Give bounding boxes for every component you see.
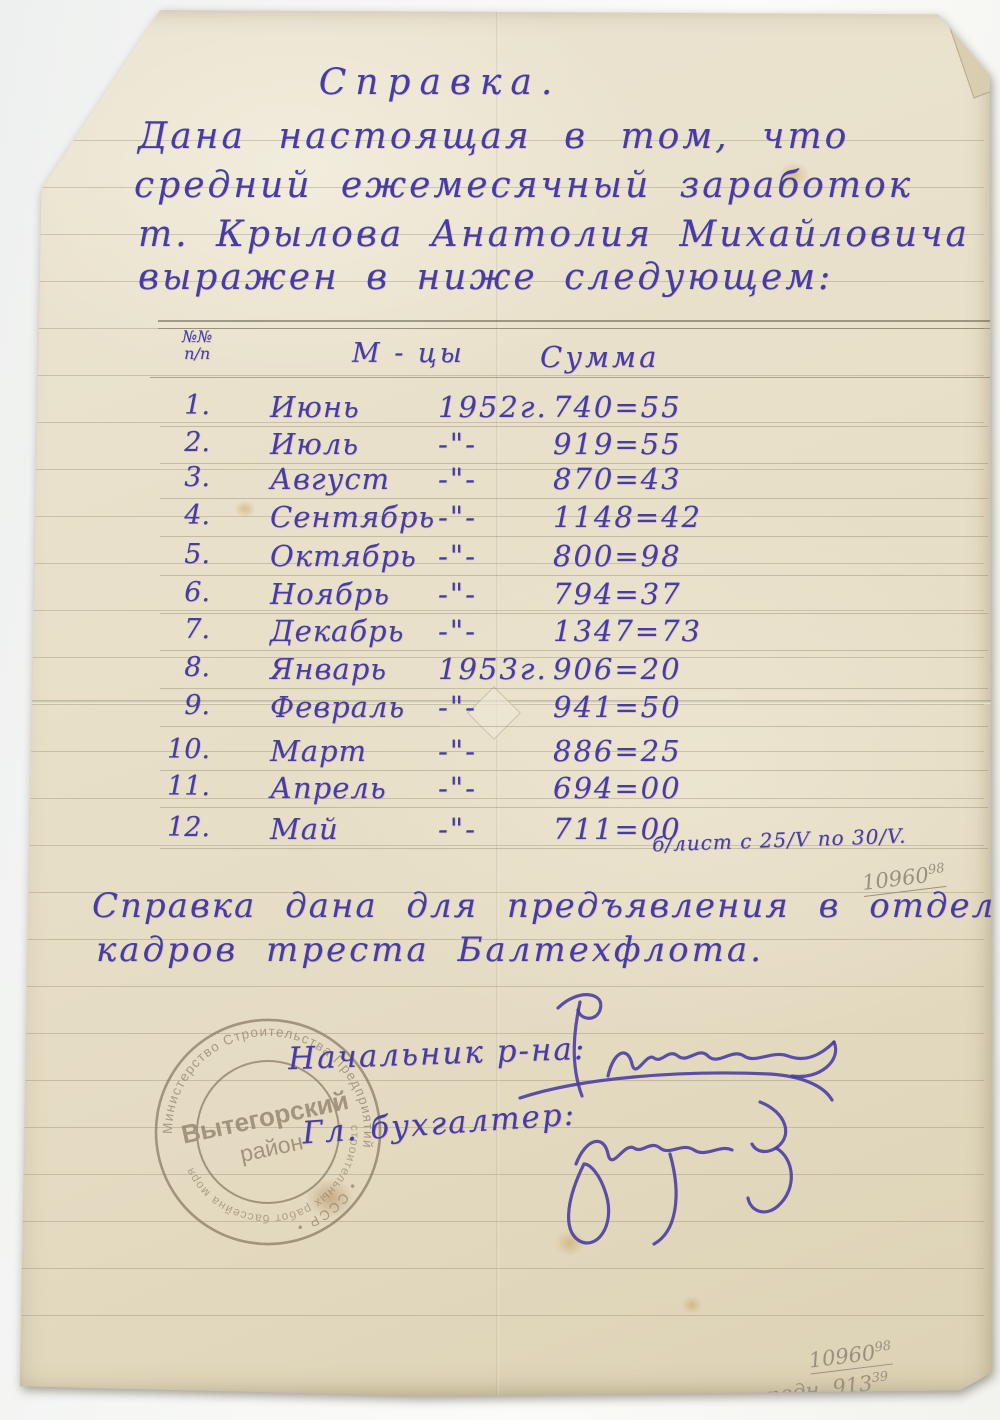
row-sum: 800=98 <box>553 539 753 573</box>
row-month: Июль <box>270 427 430 461</box>
table-row: 1. Июнь 1952г. 740=55 <box>160 390 988 427</box>
row-number: 11. <box>160 771 210 802</box>
table-row: 4. Сентябрь -"- 1148=42 <box>160 500 988 537</box>
row-month: Ноябрь <box>270 577 430 611</box>
folded-corner <box>930 14 1000 106</box>
row-sum: 886=25 <box>553 734 753 768</box>
table-row: 11. Апрель -"- 694=00 <box>160 771 988 808</box>
table-header-number-top: №№ <box>182 328 212 345</box>
row-month: Январь <box>270 652 430 686</box>
row-sum: 941=50 <box>553 690 753 724</box>
accountant-signature <box>510 1046 840 1256</box>
intro-line: Дана настоящая в том, что <box>138 116 849 157</box>
table-row: 6. Ноябрь -"- 794=37 <box>160 577 988 614</box>
closing-line: кадров треста Балтехфлота. <box>96 930 764 970</box>
document-title: Справка. <box>160 62 720 103</box>
row-month: Июнь <box>270 390 430 424</box>
table-row: 5. Октябрь -"- 800=98 <box>160 539 988 576</box>
row-number: 8. <box>160 652 210 683</box>
row-month: Декабрь <box>270 614 430 648</box>
pencil-summary-notes: 1096098 средн. 91339 <box>749 1322 995 1411</box>
row-number: 4. <box>160 500 210 531</box>
paper-stain <box>682 1296 702 1314</box>
paper-sheet: Справка. Дана настоящая в том, что средн… <box>10 6 992 1396</box>
table-header-sum: Сумма <box>540 340 659 374</box>
row-month: Февраль <box>270 690 430 724</box>
row-number: 5. <box>160 539 210 570</box>
row-ditto-or-year: -"- <box>438 771 528 805</box>
row-ditto-or-year: 1953г. <box>438 652 528 686</box>
paper-sheet-wrap: Справка. Дана настоящая в том, что средн… <box>0 0 1000 1420</box>
pencil-average-label: средн. <box>754 1377 828 1410</box>
intro-line: т. Крылова Анатолия Михайловича <box>138 214 970 255</box>
row-number: 2. <box>160 427 210 458</box>
row-number: 12. <box>160 812 210 843</box>
table-row: 9. Февраль -"- 941=50 <box>160 690 988 727</box>
row-month: Сентябрь <box>270 500 430 534</box>
pencil-average-value: 913 <box>831 1371 874 1400</box>
row-number: 3. <box>160 462 210 493</box>
row-month: Апрель <box>270 771 430 805</box>
row-number: 1. <box>160 390 210 421</box>
row-sum: 740=55 <box>553 390 753 424</box>
table-top-double-rule <box>158 320 990 329</box>
table-header-number: №№ п/п <box>182 328 212 362</box>
row-number: 7. <box>160 614 210 645</box>
row-sum: 870=43 <box>553 462 753 496</box>
row-month: Май <box>270 812 430 846</box>
row-ditto-or-year: -"- <box>438 539 528 573</box>
row-month: Октябрь <box>270 539 430 573</box>
table-header-month: М - цы <box>352 338 465 369</box>
row-ditto-or-year: -"- <box>438 812 528 846</box>
table-header-rule <box>150 377 990 378</box>
intro-line: средний ежемесячный заработок <box>134 165 913 206</box>
row-ditto-or-year: -"- <box>438 577 528 611</box>
row-ditto-or-year: -"- <box>438 734 528 768</box>
table-row: 7. Декабрь -"- 1347=73 <box>160 614 988 651</box>
row-sum: 1148=42 <box>553 500 753 534</box>
row-sum: 794=37 <box>553 577 753 611</box>
row-sum: 919=55 <box>553 427 753 461</box>
row-ditto-or-year: -"- <box>438 427 528 461</box>
row-month: Март <box>270 734 430 768</box>
row-sum: 694=00 <box>553 771 753 805</box>
row-ditto-or-year: 1952г. <box>438 390 528 424</box>
table-header-number-bottom: п/п <box>182 345 212 362</box>
pencil-bottom-total-kopecks: 98 <box>874 1339 892 1356</box>
row-month: Август <box>270 462 430 496</box>
row-number: 9. <box>160 690 210 721</box>
table-row: 3. Август -"- 870=43 <box>160 462 988 499</box>
scanned-certificate-page: Справка. Дана настоящая в том, что средн… <box>0 0 1000 1420</box>
row-ditto-or-year: -"- <box>438 462 528 496</box>
pencil-average-kopecks: 39 <box>871 1369 889 1386</box>
row-ditto-or-year: -"- <box>438 690 528 724</box>
pencil-total-kopecks: 98 <box>927 861 945 878</box>
table-row: 8. Январь 1953г. 906=20 <box>160 652 988 689</box>
table-row: 2. Июль -"- 919=55 <box>160 427 988 464</box>
intro-line: выражен в ниже следующем: <box>138 257 833 298</box>
row-number: 6. <box>160 577 210 608</box>
closing-line: Справка дана для предъявления в отдел <box>92 886 995 926</box>
row-sum: 1347=73 <box>553 614 753 648</box>
row-sum: 906=20 <box>553 652 753 686</box>
table-row: 10. Март -"- 886=25 <box>160 734 988 771</box>
row-ditto-or-year: -"- <box>438 500 528 534</box>
row-number: 10. <box>160 734 210 765</box>
row-ditto-or-year: -"- <box>438 614 528 648</box>
